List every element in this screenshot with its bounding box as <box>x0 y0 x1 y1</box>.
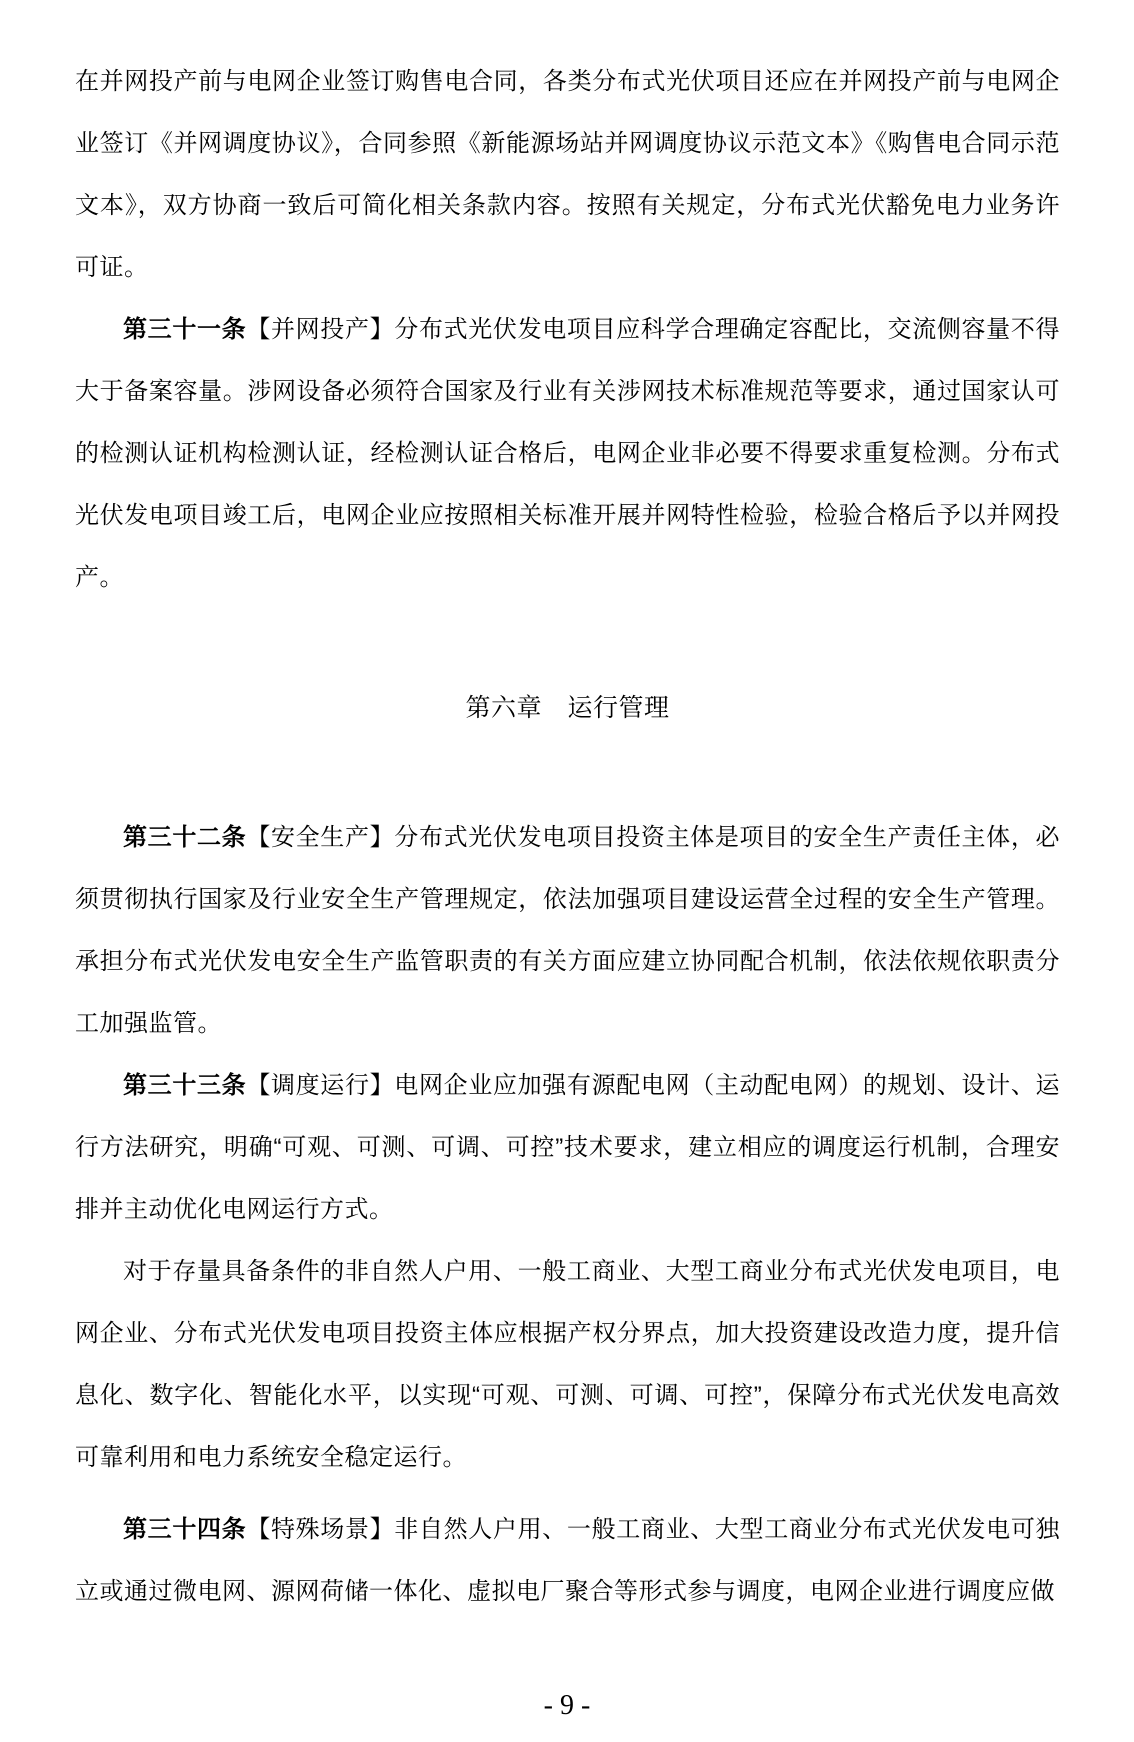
article-32-text: 【安全生产】分布式光伏发电项目投资主体是项目的安全生产责任主体，必须贯彻执行国家… <box>75 824 1060 1037</box>
document-page: 在并网投产前与电网企业签订购售电合同，各类分布式光伏项目还应在并网投产前与电网企… <box>0 0 1134 1742</box>
article-32-number: 第三十二条 <box>123 824 246 851</box>
article-34-paragraph: 第三十四条【特殊场景】非自然人户用、一般工商业、大型工商业分布式光伏发电可独立或… <box>75 1499 1060 1623</box>
page-number: - 9 - <box>0 1688 1134 1724</box>
article-34-number: 第三十四条 <box>123 1516 246 1543</box>
article-33-paragraph: 第三十三条【调度运行】电网企业应加强有源配电网（主动配电网）的规划、设计、运行方… <box>75 1055 1060 1241</box>
article-31-number: 第三十一条 <box>123 316 246 343</box>
body-paragraph-existing-projects: 对于存量具备条件的非自然人户用、一般工商业、大型工商业分布式光伏发电项目，电网企… <box>75 1241 1060 1489</box>
article-31-text: 【并网投产】分布式光伏发电项目应科学合理确定容配比，交流侧容量不得大于备案容量。… <box>75 316 1060 591</box>
article-31-paragraph: 第三十一条【并网投产】分布式光伏发电项目应科学合理确定容配比，交流侧容量不得大于… <box>75 299 1060 609</box>
article-33-number: 第三十三条 <box>123 1072 246 1099</box>
article-32-paragraph: 第三十二条【安全生产】分布式光伏发电项目投资主体是项目的安全生产责任主体，必须贯… <box>75 807 1060 1055</box>
chapter-heading: 第六章 运行管理 <box>75 677 1060 739</box>
document-body: 在并网投产前与电网企业签订购售电合同，各类分布式光伏项目还应在并网投产前与电网企… <box>75 51 1060 1623</box>
body-paragraph-continuation: 在并网投产前与电网企业签订购售电合同，各类分布式光伏项目还应在并网投产前与电网企… <box>75 51 1060 299</box>
